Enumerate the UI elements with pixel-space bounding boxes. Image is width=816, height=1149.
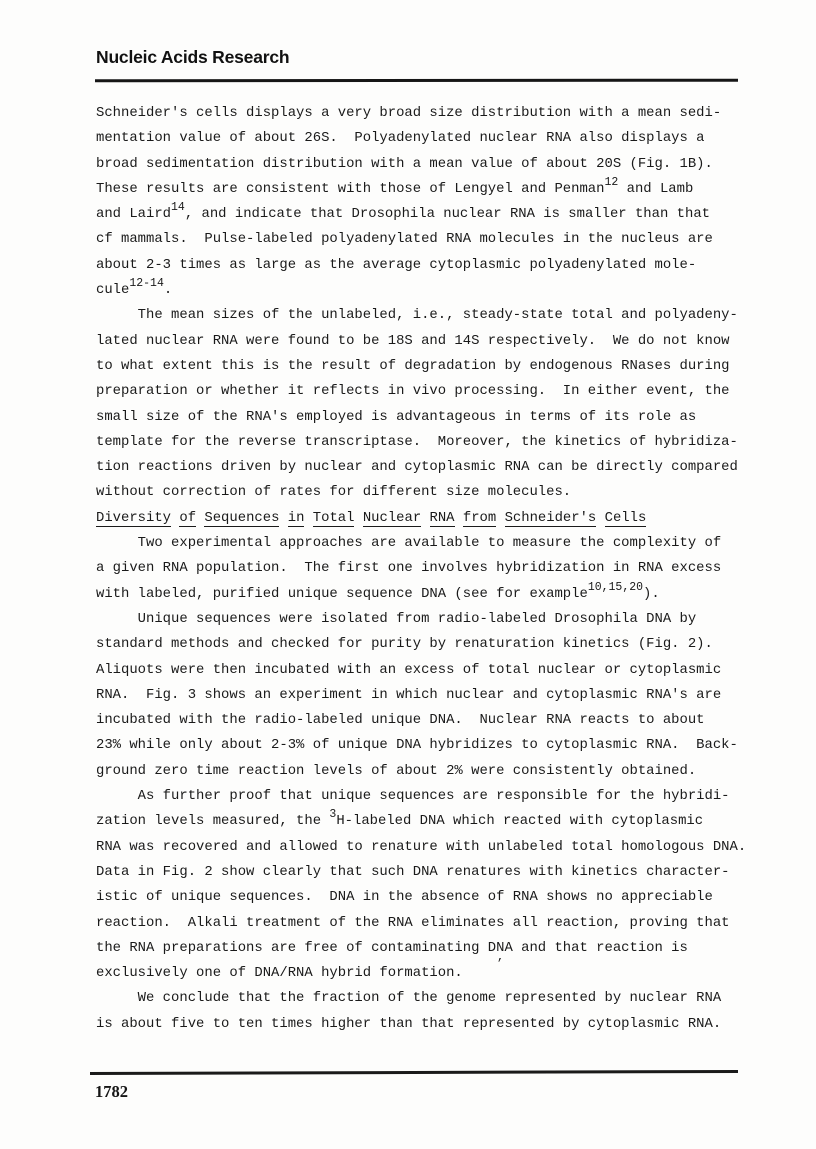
text-segment: Aliquots were then incubated with an exc… (96, 662, 721, 678)
body-line: RNA was recovered and allowed to renatur… (96, 835, 746, 860)
text-segment: small size of the RNA's employed is adva… (96, 409, 696, 425)
underlined-word: RNA (430, 510, 455, 527)
section-heading: Diversity of Sequences in Total Nuclear … (96, 506, 746, 531)
underlined-word: Cells (605, 510, 647, 527)
body-line: with labeled, purified unique sequence D… (96, 582, 746, 607)
text-segment: These results are consistent with those … (96, 181, 604, 197)
body-line: incubated with the radio-labeled unique … (96, 708, 746, 733)
text-segment (463, 965, 496, 981)
text-segment: mentation value of about 26S. Polyadenyl… (96, 130, 705, 146)
body-line: to what extent this is the result of deg… (96, 354, 746, 379)
body-line: broad sedimentation distribution with a … (96, 152, 746, 177)
superscript-reference: 12-14 (129, 277, 164, 290)
body-line: ground zero time reaction levels of abou… (96, 759, 746, 784)
body-line: Schneider's cells displays a very broad … (96, 101, 746, 126)
body-line: Aliquots were then incubated with an exc… (96, 658, 746, 683)
text-segment: preparation or whether it reflects in vi… (96, 383, 730, 399)
text-segment: standard methods and checked for purity … (96, 636, 713, 652)
text-segment: Two experimental approaches are availabl… (96, 535, 721, 551)
body-line: As further proof that unique sequences a… (96, 784, 746, 809)
text-segment: As further proof that unique sequences a… (96, 788, 730, 804)
body-line: We conclude that the fraction of the gen… (96, 986, 746, 1011)
header-rule (95, 79, 738, 83)
body-line: cf mammals. Pulse-labeled polyadenylated… (96, 227, 746, 252)
text-segment: RNA was recovered and allowed to renatur… (96, 839, 746, 855)
text-segment: exclusively one of DNA/RNA hybrid format… (96, 965, 463, 981)
text-segment (354, 510, 362, 526)
text-segment (421, 510, 429, 526)
text-segment: cf mammals. Pulse-labeled polyadenylated… (96, 231, 713, 247)
body-line: tion reactions driven by nuclear and cyt… (96, 455, 746, 480)
text-segment: broad sedimentation distribution with a … (96, 156, 713, 172)
body-line: These results are consistent with those … (96, 177, 746, 202)
underlined-word: Diversity (96, 510, 171, 527)
text-segment: . (164, 282, 172, 298)
body-line: Unique sequences were isolated from radi… (96, 607, 746, 632)
body-line: RNA. Fig. 3 shows an experiment in which… (96, 683, 746, 708)
body-line: about 2-3 times as large as the average … (96, 253, 746, 278)
text-segment: the RNA preparations are free of contami… (96, 940, 688, 956)
body-line: Data in Fig. 2 show clearly that such DN… (96, 860, 746, 885)
text-segment: to what extent this is the result of deg… (96, 358, 730, 374)
text-segment (455, 510, 463, 526)
body-line: Two experimental approaches are availabl… (96, 531, 746, 556)
text-segment: Unique sequences were isolated from radi… (96, 611, 696, 627)
body-line: preparation or whether it reflects in vi… (96, 379, 746, 404)
text-segment (279, 510, 287, 526)
underlined-word: in (288, 510, 305, 527)
journal-title: Nucleic Acids Research (96, 47, 289, 68)
paper-page: Nucleic Acids Research Schneider's cells… (0, 0, 816, 1149)
body-line: cule12-14. (96, 278, 746, 303)
text-segment: zation levels measured, the (96, 813, 329, 829)
body-line: is about five to ten times higher than t… (96, 1012, 746, 1037)
body-line: reaction. Alkali treatment of the RNA el… (96, 911, 746, 936)
underlined-word: Total (313, 510, 355, 527)
text-segment (304, 510, 312, 526)
text-segment: without correction of rates for differen… (96, 484, 571, 500)
body-line: a given RNA population. The first one in… (96, 556, 746, 581)
body-line: The mean sizes of the unlabeled, i.e., s… (96, 303, 746, 328)
text-segment: lated nuclear RNA were found to be 18S a… (96, 333, 730, 349)
text-segment: 23% while only about 2-3% of unique DNA … (96, 737, 738, 753)
text-segment: H-labeled DNA which reacted with cytopla… (336, 813, 703, 829)
body-line: 23% while only about 2-3% of unique DNA … (96, 733, 746, 758)
text-segment: We conclude that the fraction of the gen… (96, 990, 721, 1006)
text-segment: template for the reverse transcriptase. … (96, 434, 738, 450)
text-segment: ). (643, 586, 660, 602)
text-segment: reaction. Alkali treatment of the RNA el… (96, 915, 730, 931)
text-segment: and Laird (96, 206, 171, 222)
text-segment (496, 510, 504, 526)
underlined-word: Sequences (204, 510, 279, 527)
superscript-reference: 12 (604, 176, 618, 189)
text-segment: cule (96, 282, 129, 298)
text-segment (596, 510, 604, 526)
body-line: small size of the RNA's employed is adva… (96, 405, 746, 430)
superscript-reference: 10,15,20 (588, 581, 643, 594)
body-text: Schneider's cells displays a very broad … (96, 101, 746, 1037)
text-segment: incubated with the radio-labeled unique … (96, 712, 705, 728)
footer-rule (90, 1070, 738, 1075)
text-segment: Schneider's cells displays a very broad … (96, 105, 721, 121)
body-line: exclusively one of DNA/RNA hybrid format… (96, 961, 746, 986)
body-line: the RNA preparations are free of contami… (96, 936, 746, 961)
body-line: zation levels measured, the 3H-labeled D… (96, 809, 746, 834)
stray-scan-mark: ’ (496, 957, 503, 971)
body-line: template for the reverse transcriptase. … (96, 430, 746, 455)
text-segment: is about five to ten times higher than t… (96, 1016, 721, 1032)
page-number: 1782 (95, 1082, 128, 1102)
body-line: without correction of rates for differen… (96, 480, 746, 505)
body-line: istic of unique sequences. DNA in the ab… (96, 885, 746, 910)
superscript-reference: 3 (329, 808, 336, 821)
text-segment: tion reactions driven by nuclear and cyt… (96, 459, 738, 475)
text-segment: RNA. Fig. 3 shows an experiment in which… (96, 687, 721, 703)
text-segment: and Lamb (618, 181, 693, 197)
underlined-word: Schneider's (505, 510, 597, 527)
text-segment: Data in Fig. 2 show clearly that such DN… (96, 864, 730, 880)
text-segment: ground zero time reaction levels of abou… (96, 763, 696, 779)
underlined-word: of (179, 510, 196, 527)
text-segment: about 2-3 times as large as the average … (96, 257, 696, 273)
underlined-word: from (463, 510, 496, 527)
text-segment: , and indicate that Drosophila nuclear R… (185, 206, 710, 222)
body-line: lated nuclear RNA were found to be 18S a… (96, 329, 746, 354)
text-segment: istic of unique sequences. DNA in the ab… (96, 889, 713, 905)
underlined-word: Nuclear (363, 510, 421, 527)
text-segment: The mean sizes of the unlabeled, i.e., s… (96, 307, 738, 323)
body-line: standard methods and checked for purity … (96, 632, 746, 657)
body-line: mentation value of about 26S. Polyadenyl… (96, 126, 746, 151)
text-segment: with labeled, purified unique sequence D… (96, 586, 588, 602)
body-line: and Laird14, and indicate that Drosophil… (96, 202, 746, 227)
superscript-reference: 14 (171, 201, 185, 214)
text-segment: a given RNA population. The first one in… (96, 560, 721, 576)
